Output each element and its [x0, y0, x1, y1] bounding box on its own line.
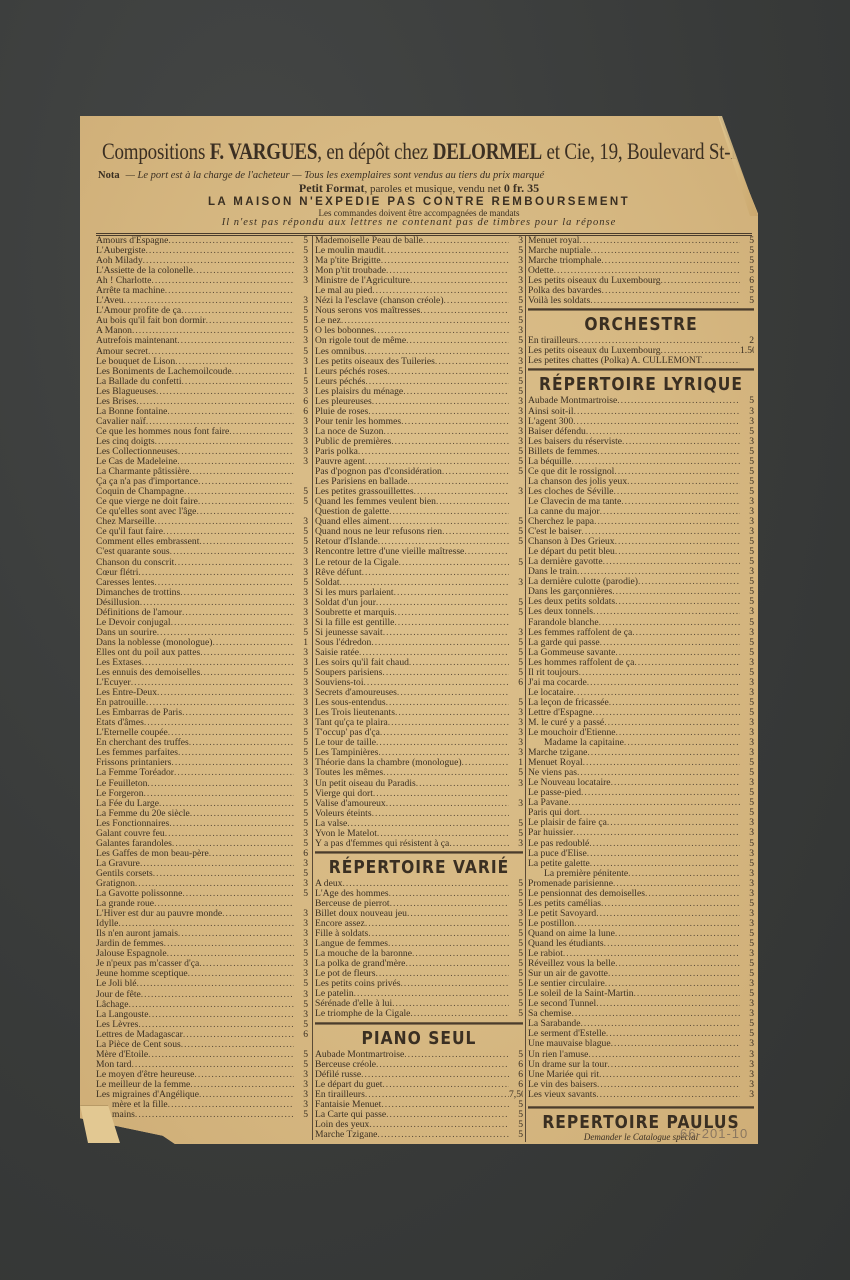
entry-title: Quand les femmes veulent bien: [315, 497, 436, 507]
catalogue-entry: L'Amour profite de ça5: [96, 306, 308, 316]
catalogue-entry: Lettres de Madagascar6: [96, 1030, 308, 1040]
entry-title: La première pénitente: [528, 869, 628, 879]
entry-price: 5: [740, 547, 754, 557]
entry-title: Si la fille est gentille: [315, 618, 394, 628]
entry-title: Théorie dans la chambre (monologue): [315, 758, 462, 768]
entry-price: 5: [740, 758, 754, 768]
entry-price: 5: [294, 668, 308, 678]
entry-title: Les Parisiens en ballade: [315, 477, 407, 487]
entry-title: Le Joli blé: [96, 979, 137, 989]
entry-price: 3: [294, 879, 308, 889]
entry-price: 3: [294, 417, 308, 427]
catalogue-entry: Les cloches de Séville5: [528, 487, 754, 497]
catalogue-entry: Dans un sourire5: [96, 628, 308, 638]
catalogue-title: Compositions F. VARGUES, en dépôt chez D…: [102, 140, 758, 166]
entry-price: 3: [509, 718, 523, 728]
catalogue-entry: Cherchez le papa3: [528, 517, 754, 527]
leader-dots: [444, 296, 509, 306]
entry-title: Voleurs éteints: [315, 809, 372, 819]
catalogue-entry: La mouche de la baronne5: [315, 949, 523, 959]
entry-title: Dimanches de trottins: [96, 588, 180, 598]
entry-title: Sérénade d'elle à lui: [315, 999, 392, 1009]
catalogue-entry: Etats d'âmes3: [96, 718, 308, 728]
catalogue-entry: Les Fonctionnaires5: [96, 819, 308, 829]
catalogue-entry: La Sarabande5: [528, 1019, 754, 1029]
catalogue-entry: La dernière gavotte5: [528, 557, 754, 567]
catalogue-entry: Les petits coins privés5: [315, 979, 523, 989]
catalogue-entry: Une mauvaise blague3: [528, 1039, 754, 1049]
entry-title: La grande roue: [96, 899, 154, 909]
entry-price: 3: [294, 1010, 308, 1020]
leader-dots: [144, 718, 294, 728]
entry-title: Encore assez: [315, 919, 365, 929]
entry-title: L'Aubergiste: [96, 246, 146, 256]
entry-price: 3: [509, 397, 523, 407]
leader-dots: [136, 397, 294, 407]
entry-price: 5: [740, 477, 754, 487]
entry-title: Le tour de taille: [315, 738, 376, 748]
entry-price: 3: [294, 779, 308, 789]
catalogue-entry: La Ballade du confetti5: [96, 377, 308, 387]
entry-title: T'occup' pas d'ça: [315, 728, 380, 738]
leader-dots: [615, 547, 740, 557]
leader-dots: [627, 477, 740, 487]
entry-title: Dans le train: [528, 567, 577, 577]
entry-price: 5: [509, 829, 523, 839]
entry-title: Baiser défendu: [528, 427, 586, 437]
entry-price: 5: [509, 1009, 523, 1019]
title-prefix: Compositions: [102, 140, 210, 165]
leader-dots: [604, 939, 740, 949]
entry-price: 5: [509, 387, 523, 397]
entry-title: La petite galette: [528, 859, 590, 869]
catalogue-entry: Marche triomphale5: [528, 256, 754, 266]
leader-dots: [342, 879, 509, 889]
leader-dots: [381, 1100, 509, 1110]
entry-price: 3: [294, 678, 308, 688]
catalogue-entry: La noce de Suzon3: [315, 427, 523, 437]
publisher-address: et Cie, 19, Boulevard St-Denis: [542, 140, 774, 165]
catalogue-entry: Ainsi soit-il3: [528, 407, 754, 417]
entry-price: 3: [509, 487, 523, 497]
catalogue-entry: Les Brises6: [96, 397, 308, 407]
entry-price: 6: [294, 849, 308, 859]
entry-price: [509, 688, 523, 698]
catalogue-entry: Soldat d'un jour5: [315, 598, 523, 608]
entry-title: Mère d'Etoile: [96, 1050, 148, 1060]
catalogue-entry: Pauvre agent5: [315, 457, 523, 467]
entry-price: 3: [740, 628, 754, 638]
entry-price: 5: [294, 799, 308, 809]
entry-price: 5: [509, 929, 523, 939]
leader-dots: [389, 889, 509, 899]
entry-price: 3: [294, 768, 308, 778]
entry-title: Le Forgeron: [96, 789, 144, 799]
catalogue-entry: Langue de femmes5: [315, 939, 523, 949]
catalogue-entry: Jour de fête3: [96, 990, 308, 1000]
entry-title: Fille à soldats: [315, 929, 368, 939]
catalogue-entry: Un petit oiseau du Paradis3: [315, 779, 523, 789]
leader-dots: [154, 899, 294, 909]
entry-title: Les Extases: [96, 658, 142, 668]
catalogue-entry: Voilà les soldats5: [528, 296, 754, 306]
catalogue-entry: Quand on aime la lune5: [528, 929, 754, 939]
catalogue-entry: Le vin des baisers3: [528, 1080, 754, 1090]
entry-title: L'Amour profite de ça: [96, 306, 181, 316]
leader-dots: [607, 1060, 740, 1070]
leader-dots: [177, 457, 294, 467]
catalogue-entry: O les bobonnes3: [315, 326, 523, 336]
leader-dots: [361, 1070, 509, 1080]
entry-title: En tirailleurs: [528, 336, 578, 346]
entry-title: Aubade Montmartroise: [528, 396, 617, 406]
entry-title: Chez Marseille: [96, 517, 154, 527]
catalogue-entry: Le Nouveau locataire3: [528, 778, 754, 788]
leader-dots: [146, 417, 294, 427]
leader-dots: [171, 618, 294, 628]
leader-dots: [404, 1050, 509, 1060]
entry-title: Les plaisirs du ménage: [315, 387, 403, 397]
leader-dots: [395, 708, 509, 718]
entry-title: Jardin de femmes: [96, 939, 164, 949]
leader-dots: [212, 638, 294, 648]
leader-dots: [171, 758, 294, 768]
note-label: Nota: [98, 170, 120, 181]
catalogue-entry: Menuet Royal5: [528, 758, 754, 768]
catalogue-entry: Défilé russe6: [315, 1070, 523, 1080]
entry-title: Vierge qui dort: [315, 789, 373, 799]
entry-title: Les Blagueuses: [96, 387, 156, 397]
entry-price: 5: [740, 939, 754, 949]
leader-dots: [155, 437, 294, 447]
leader-dots: [606, 1029, 740, 1039]
leader-dots: [124, 296, 294, 306]
catalogue-entry: Ministre de l'Agriculture3: [315, 276, 523, 286]
leader-dots: [615, 537, 740, 547]
entry-price: 3: [509, 347, 523, 357]
entry-title: Le patelin: [315, 989, 354, 999]
entry-title: Le meilleur de la femme: [96, 1080, 190, 1090]
catalogue-entry: Le tour de taille3: [315, 738, 523, 748]
entry-price: 1: [294, 638, 308, 648]
entry-title: Soldat: [315, 578, 340, 588]
entry-title: Toutes les mêmes: [315, 768, 383, 778]
catalogue-entry: Désillusion3: [96, 598, 308, 608]
catalogue-entry: On rigole tout de même5: [315, 336, 523, 346]
entry-price: 5: [294, 869, 308, 879]
entry-price: 5: [509, 768, 523, 778]
catalogue-entry: Pour tenir les hommes3: [315, 417, 523, 427]
catalogue-entry: Les Entre-Deux3: [96, 688, 308, 698]
author-name: F. VARGUES: [210, 140, 317, 165]
entry-price: 5: [294, 487, 308, 497]
entry-price: 5: [740, 487, 754, 497]
catalogue-entry: L'Aveu3: [96, 296, 308, 306]
reply-notice: Il n'est pas répondu aux lettres ne cont…: [80, 217, 758, 228]
catalogue-entry: Les petits oiseaux du Luxembourg1.50: [528, 346, 754, 356]
catalogue-entry: Paris polka5: [315, 447, 523, 457]
entry-title: Pluie de roses: [315, 407, 368, 417]
leader-dots: [354, 989, 509, 999]
catalogue-entry: Chez Marseille3: [96, 517, 308, 527]
entry-title: Les petits oiseaux du Luxembourg: [528, 346, 661, 356]
leader-dots: [392, 999, 509, 1009]
catalogue-entry: Le rabiot3: [528, 949, 754, 959]
leader-dots: [574, 688, 740, 698]
entry-price: 3: [740, 497, 754, 507]
entry-price: [294, 1040, 308, 1050]
entry-title: La Carte qui passe: [315, 1110, 386, 1120]
entry-price: 5: [740, 698, 754, 708]
catalogue-entry: Le triomphe de la Cigale5: [315, 1009, 523, 1019]
catalogue-entry: La chanson des jolis yeux5: [528, 477, 754, 487]
entry-title: Un drame sur la tour: [528, 1060, 607, 1070]
leader-dots: [391, 437, 509, 447]
entry-title: Le sentier circulaire: [528, 979, 605, 989]
entry-title: Ministre de l'Agriculture: [315, 276, 410, 286]
entry-price: 5: [294, 748, 308, 758]
entry-price: 3: [294, 427, 308, 437]
entry-title: Ne viens pas: [528, 768, 577, 778]
entry-title: Les Fonctionnaires: [96, 819, 169, 829]
leader-dots: [386, 799, 509, 809]
entry-price: 5: [740, 296, 754, 306]
entry-price: 5: [509, 939, 523, 949]
catalogue-entry: Les petits oiseaux des Tuileries3: [315, 357, 523, 367]
shipping-note: Nota— Le port est à la charge de l'achet…: [80, 170, 758, 181]
entry-price: 3: [509, 779, 523, 789]
entry-price: 5: [740, 587, 754, 597]
leader-dots: [615, 959, 740, 969]
entry-title: Le bouquet de Lison: [96, 357, 175, 367]
entry-title: Promenade parisienne: [528, 879, 613, 889]
entry-price: 5: [509, 316, 523, 326]
catalogue-entry: Nézi la l'esclave (chanson créole)5: [315, 296, 523, 306]
column-3-top-list: Menuet royal5Marche nuptiale5Marche trio…: [528, 236, 754, 306]
entry-title: Galantes farandoles: [96, 839, 172, 849]
entry-price: 3: [740, 607, 754, 617]
entry-title: La Femme du 20e siècle: [96, 809, 190, 819]
entry-title: Le mal au pied: [315, 286, 372, 296]
entry-title: Sa chemise: [528, 1009, 571, 1019]
entry-title: Définitions de l'amour: [96, 608, 182, 618]
entry-price: 5: [509, 638, 523, 648]
entry-price: 5: [509, 1050, 523, 1060]
catalogue-entry: En tirailleurs2: [528, 336, 754, 346]
entry-title: Berceuse créole: [315, 1060, 376, 1070]
entry-price: 5: [509, 608, 523, 618]
leader-dots: [189, 467, 294, 477]
entry-price: 5: [509, 1120, 523, 1130]
entry-price: 3: [740, 527, 754, 537]
entry-title: Chanson du conscrit: [96, 558, 174, 568]
entry-title: Public de premières: [315, 437, 391, 447]
leader-dots: [386, 698, 509, 708]
entry-price: 3: [740, 437, 754, 447]
leader-dots: [607, 818, 740, 828]
entry-title: Valise d'amoureux: [315, 799, 386, 809]
catalogue-entry: Idylle3: [96, 919, 308, 929]
catalogue-entry: Public de premières3: [315, 437, 523, 447]
entry-title: L'Aveu: [96, 296, 124, 306]
leader-dots: [168, 236, 294, 246]
entry-price: 5: [740, 899, 754, 909]
catalogue-entry: L'Eternelle coupée5: [96, 728, 308, 738]
catalogue-entry: Le petit Savoyard3: [528, 909, 754, 919]
leader-dots: [168, 728, 294, 738]
entry-price: 5: [509, 819, 523, 829]
entry-price: 5: [509, 698, 523, 708]
leader-dots: [132, 326, 294, 336]
leader-dots: [594, 517, 740, 527]
entry-price: 5: [740, 768, 754, 778]
catalogue-entry: Un rien l'amuse3: [528, 1050, 754, 1060]
catalogue-entry: Amour secret5: [96, 347, 308, 357]
catalogue-entry: Le Devoir conjugal3: [96, 618, 308, 628]
entry-price: 5: [509, 658, 523, 668]
entry-price: 3: [294, 336, 308, 346]
leader-dots: [362, 568, 509, 578]
catalogue-entry: Fantaisie Menuet5: [315, 1100, 523, 1110]
catalogue-entry: mains5: [96, 1110, 308, 1120]
entry-title: La Gommeuse savante: [528, 648, 615, 658]
leader-dots: [388, 939, 509, 949]
catalogue-entry: Les deux petits soldats5: [528, 597, 754, 607]
leader-dots: [601, 256, 740, 266]
repertoire-lyrique-list: Aubade Montmartroise5Ainsi soit-il3L'age…: [528, 396, 754, 1099]
entry-price: 5: [509, 1110, 523, 1120]
entry-price: 5: [740, 457, 754, 467]
entry-title: Ce que vierge ne doit faire: [96, 497, 198, 507]
entry-title: Les hommes raffolent de ça: [528, 658, 634, 668]
entry-price: 5: [294, 839, 308, 849]
entry-title: Le pensionnat des demoiselles: [528, 889, 645, 899]
entry-price: 5: [509, 969, 523, 979]
leader-dots: [377, 1130, 509, 1140]
entry-price: 6: [294, 407, 308, 417]
catalogue-entry: Le retour de la Cigale5: [315, 558, 523, 568]
entry-price: 3: [294, 708, 308, 718]
entry-price: 5: [294, 1110, 308, 1120]
leader-dots: [581, 788, 740, 798]
leader-dots: [194, 1070, 294, 1080]
entry-title: Si les murs parlaient: [315, 588, 394, 598]
leader-dots: [600, 638, 740, 648]
entry-price: 3: [740, 718, 754, 728]
catalogue-entry: Pas d'pognon pas d'considération5: [315, 467, 523, 477]
entry-price: 3: [294, 688, 308, 698]
leader-dots: [372, 397, 509, 407]
entry-title: Odette: [528, 266, 554, 276]
entry-price: 3: [740, 879, 754, 889]
entry-price: 5: [509, 668, 523, 678]
catalogue-entry: La leçon de fricassée5: [528, 698, 754, 708]
entry-title: Saisie ratée: [315, 648, 359, 658]
catalogue-entry: Dans la noblesse (monologue)1: [96, 638, 308, 648]
leader-dots: [341, 316, 509, 326]
catalogue-entry: Les Embarras de Paris3: [96, 708, 308, 718]
catalogue-entry: La Fée du Large5: [96, 799, 308, 809]
leader-dots: [632, 628, 740, 638]
catalogue-entry: Sous l'édredon5: [315, 638, 523, 648]
catalogue-entry: Les Parisiens en ballade: [315, 477, 523, 487]
catalogue-entry: Le pot de fleurs5: [315, 969, 523, 979]
catalogue-entry: Arrête ta machine: [96, 286, 308, 296]
entry-price: 3: [294, 296, 308, 306]
entry-title: Les soirs qu'il fait chaud: [315, 658, 409, 668]
leader-dots: [163, 527, 294, 537]
catalogue-entry: Jardin de femmes3: [96, 939, 308, 949]
archive-stamp: 66-201-10: [680, 1126, 748, 1141]
entry-title: Le triomphe de la Cigale: [315, 1009, 410, 1019]
leader-dots: [148, 347, 294, 357]
entry-price: 5: [294, 979, 308, 989]
catalogue-entry: Dimanches de trottins3: [96, 588, 308, 598]
leader-dots: [190, 1080, 294, 1090]
leader-dots: [167, 407, 294, 417]
leader-dots: [168, 1100, 294, 1110]
entry-title: Ma p'tite Brigitte: [315, 256, 381, 266]
entry-price: 5: [740, 618, 754, 628]
catalogue-entry: Le nez5: [315, 316, 523, 326]
catalogue-entry: Une Mariée qui rit3: [528, 1070, 754, 1080]
repertoire-varie-list: A deux5L'Age des hommes5Berceuse de pier…: [315, 879, 523, 1020]
catalogue-entry: Soupers parisiens5: [315, 668, 523, 678]
catalogue-entry: Un drame sur la tour3: [528, 1060, 754, 1070]
catalogue-entry: Si jeunesse savait3: [315, 628, 523, 638]
leader-dots: [177, 336, 294, 346]
catalogue-entry: Sérénade d'elle à lui5: [315, 999, 523, 1009]
entry-title: En tirailleurs: [315, 1090, 365, 1100]
catalogue-entry: La puce d'Elise3: [528, 849, 754, 859]
entry-title: Le nez: [315, 316, 341, 326]
leader-dots: [135, 879, 294, 889]
catalogue-entry: La petite galette5: [528, 859, 754, 869]
catalogue-entry: Dans le train3: [528, 567, 754, 577]
catalogue-entry: La valse5: [315, 819, 523, 829]
catalogue-entry: Les soirs qu'il fait chaud5: [315, 658, 523, 668]
leader-dots: [170, 547, 294, 557]
entry-title: Les Collectionneuses: [96, 447, 178, 457]
entry-title: Pas d'pognon pas d'considération: [315, 467, 442, 477]
entry-price: 5: [294, 246, 308, 256]
catalogue-entry: Le mal au pied3: [315, 286, 523, 296]
catalogue-entry: Soubrette et marquis5: [315, 608, 523, 618]
entry-title: Les petits camélias: [528, 899, 601, 909]
entry-title: Farandole blanche: [528, 618, 599, 628]
entry-price: 5: [740, 969, 754, 979]
entry-price: 3: [294, 758, 308, 768]
entry-price: 3: [740, 949, 754, 959]
entry-price: 3: [509, 738, 523, 748]
entry-price: 3: [740, 407, 754, 417]
leader-dots: [389, 517, 509, 527]
catalogue-entry: J'ai ma cocarde3: [528, 678, 754, 688]
catalogue-entry: L'Hiver est dur au pauvre monde3: [96, 909, 308, 919]
leader-dots: [554, 266, 740, 276]
catalogue-entry: Le Joli blé5: [96, 979, 308, 989]
leader-dots: [376, 1060, 509, 1070]
entry-title: Rêve défunt: [315, 568, 362, 578]
entry-title: Menuet Royal: [528, 758, 583, 768]
catalogue-entry: Caresses lentes5: [96, 578, 308, 588]
entry-title: Chanson à Des Grieux: [528, 537, 615, 547]
catalogue-entry: Cavalier naïf3: [96, 417, 308, 427]
catalogue-entry: Mère d'Etoile5: [96, 1050, 308, 1060]
entry-price: 6: [740, 276, 754, 286]
entry-price: 5: [740, 246, 754, 256]
entry-price: 3: [509, 427, 523, 437]
